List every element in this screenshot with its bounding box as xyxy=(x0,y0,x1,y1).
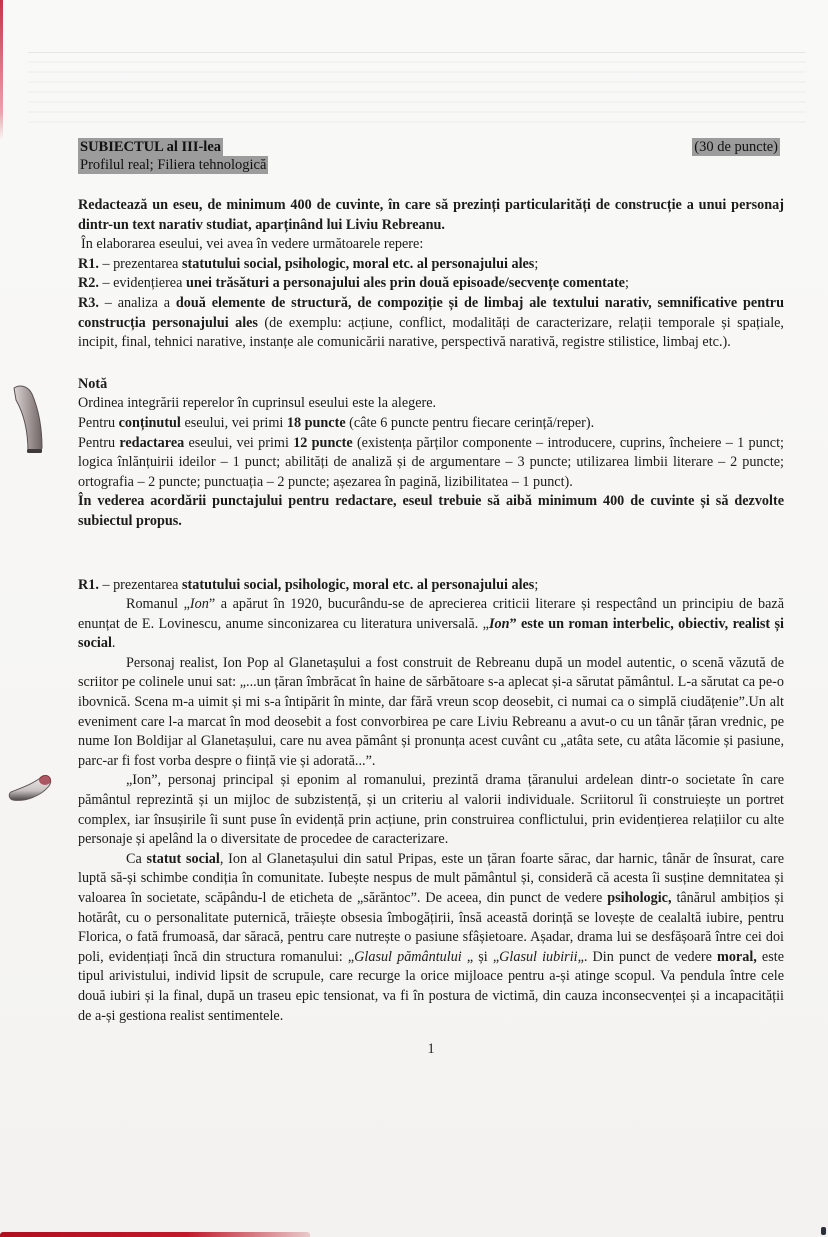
essay-paragraph-4: Ca statut social, Ion al Glanetașului di… xyxy=(78,850,784,1026)
essay-heading-r1: R1. – prezentarea statutului social, psi… xyxy=(78,576,784,596)
document-body: SUBIECTUL al III-lea Profilul real; Fili… xyxy=(78,138,784,1060)
reper-r3: R3. – analiza a două elemente de structu… xyxy=(78,294,784,353)
scanned-page: SUBIECTUL al III-lea Profilul real; Fili… xyxy=(0,0,828,1237)
reper-r1: R1. – prezentarea statutului social, psi… xyxy=(78,255,784,275)
note-warning: În vederea acordării punctajului pentru … xyxy=(78,492,784,531)
paper-clip-icon xyxy=(5,770,55,805)
essay-paragraph-2: Personaj realist, Ion Pop al Glanetașulu… xyxy=(78,654,784,772)
page-number: 1 xyxy=(78,1040,784,1060)
task-intro: În elaborarea eseului, vei avea în veder… xyxy=(78,235,784,255)
reper-r2: R2. – evidențierea unei trăsături a pers… xyxy=(78,274,784,294)
points-badge: (30 de puncte) xyxy=(692,138,780,156)
scan-corner-mark xyxy=(821,1227,826,1235)
note-writing-points: Pentru redactarea eseului, vei primi 12 … xyxy=(78,434,784,493)
exam-header: SUBIECTUL al III-lea Profilul real; Fili… xyxy=(78,138,784,174)
paper-clip-icon xyxy=(10,382,48,457)
note-content-points: Pentru conținutul eseului, vei primi 18 … xyxy=(78,414,784,434)
page-edge-bottom xyxy=(0,1232,310,1237)
task-instruction: Redactează un eseu, de minimum 400 de cu… xyxy=(78,196,784,235)
profile-label: Profilul real; Filiera tehnologică xyxy=(78,156,268,174)
essay-paragraph-3: „Ion”, personaj principal și eponim al r… xyxy=(78,771,784,849)
note-title: Notă xyxy=(78,375,784,395)
show-through-text xyxy=(28,52,806,123)
page-edge-left xyxy=(0,0,3,140)
subject-title: SUBIECTUL al III-lea xyxy=(78,138,223,156)
note-order: Ordinea integrării reperelor în cuprinsu… xyxy=(78,394,784,414)
essay-paragraph-1: Romanul „Ion” a apărut în 1920, bucurând… xyxy=(78,595,784,654)
